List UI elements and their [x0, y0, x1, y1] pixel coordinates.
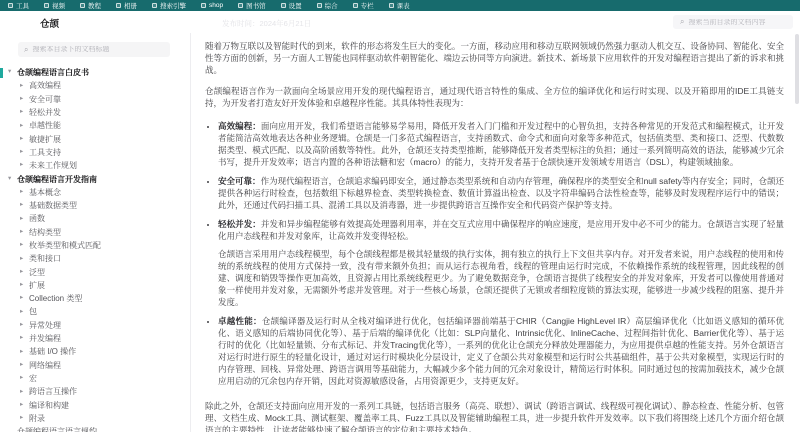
caret-right-icon: ▸: [20, 216, 29, 223]
bookmark-label: 视频: [52, 1, 65, 10]
feature-label: 轻松并发：: [218, 219, 261, 229]
feature-list: 高效编程：面向应用开发，我们希望语言能够易学易用，降低开发者入门门槛和开发过程中…: [205, 120, 784, 387]
bookmark-item[interactable]: 搜索引擎: [152, 1, 186, 10]
bookmark-item[interactable]: 工具: [8, 1, 29, 10]
nav-label: 异常处理: [29, 320, 61, 331]
sidebar-item[interactable]: ▸敏捷扩展: [0, 132, 190, 145]
feature-text: 并发和异步编程能够有效提高处理器利用率，并在交互式应用中确保程序的响应速度，是应…: [218, 219, 784, 241]
sidebar-nav: ▾仓颉编程语言白皮书 ▸高效编程 ▸安全可靠 ▸轻松并发 ▸卓越性能 ▸敏捷扩展…: [0, 66, 190, 432]
bookmark-item[interactable]: 图书馆: [238, 1, 266, 10]
feature-text: 仓颉编译器及运行时从全栈对编译进行优化，包括编译器前端基于CHIR（Cangji…: [218, 316, 784, 386]
nav-label: 敏捷扩展: [29, 134, 61, 145]
bookmark-item[interactable]: 课表: [389, 1, 410, 10]
scrollbar[interactable]: [795, 34, 799, 104]
caret-right-icon: ▸: [20, 415, 29, 422]
bookmark-label: 图书馆: [246, 1, 266, 10]
nav-label: 枚举类型和模式匹配: [29, 240, 101, 251]
bookmark-item[interactable]: 视频: [44, 1, 65, 10]
caret-right-icon: ▸: [20, 335, 29, 342]
sidebar-item[interactable]: ▸安全可靠: [0, 93, 190, 106]
feature-label: 高效编程：: [218, 121, 261, 131]
caret-right-icon: ▸: [20, 256, 29, 263]
bookmark-label: 课表: [397, 1, 410, 10]
sidebar-item[interactable]: ▸未来工作规划: [0, 159, 190, 172]
caret-right-icon: ▸: [20, 362, 29, 369]
closing-paragraph: 除此之外，仓颉还支持面向应用开发的一系列工具链，包括语言服务（高亮、联想）、调试…: [205, 400, 784, 432]
feature-label: 卓越性能：: [218, 316, 262, 326]
sidebar-item[interactable]: ▸基础数据类型: [0, 199, 190, 212]
sidebar-item[interactable]: ▸函数: [0, 212, 190, 225]
caret-right-icon: ▸: [20, 189, 29, 196]
caret-right-icon: ▸: [20, 242, 29, 249]
favicon-icon: [238, 3, 243, 8]
favicon-icon: [152, 3, 157, 8]
bookmark-item[interactable]: 综合: [317, 1, 338, 10]
caret-right-icon: ▸: [20, 282, 29, 289]
bookmark-label: 搜索引擎: [160, 1, 186, 10]
favicon-icon: [389, 3, 394, 8]
intro-paragraph: 随着万物互联以及智能时代的到来，软件的形态将发生巨大的变化。一方面，移动应用和移…: [205, 40, 784, 76]
nav-label: 结构类型: [29, 227, 61, 238]
caret-right-icon: ▸: [20, 309, 29, 316]
sidebar-item[interactable]: ▸泛型: [0, 265, 190, 278]
nav-label: 未来工作规划: [29, 160, 77, 171]
sidebar-item[interactable]: ▸卓越性能: [0, 119, 190, 132]
page-title: 仓颉: [40, 16, 59, 30]
app-window: 工具 视频 教程 相册 搜索引擎 shop 图书馆 设置 综合 专栏 课表 仓颉…: [0, 0, 800, 432]
feature-item-concurrency: 轻松并发：并发和异步编程能够有效提高处理器利用率，并在交互式应用中确保程序的响应…: [218, 218, 784, 308]
bookmark-label: 工具: [16, 1, 29, 10]
nav-label: 扩展: [29, 280, 45, 291]
sidebar-item[interactable]: ▸包: [0, 305, 190, 318]
bookmark-label: 设置: [289, 1, 302, 10]
nav-label: 包: [29, 306, 37, 317]
favicon-icon: [201, 3, 206, 8]
sidebar-search-input[interactable]: [32, 46, 164, 53]
nav-label: 基础 I/O 操作: [29, 346, 76, 357]
bookmark-item[interactable]: 相册: [116, 1, 137, 10]
favicon-icon: [116, 3, 121, 8]
sidebar: ⌕ ▾仓颉编程语言白皮书 ▸高效编程 ▸安全可靠 ▸轻松并发 ▸卓越性能 ▸敏捷…: [0, 33, 191, 432]
nav-label: 并发编程: [29, 333, 61, 344]
nav-label: 类和接口: [29, 253, 61, 264]
nav-label: 卓越性能: [29, 120, 61, 131]
nav-label: 仓颉编程语言白皮书: [17, 67, 89, 78]
caret-right-icon: ▸: [20, 229, 29, 236]
feature-item-performance: 卓越性能：仓颉编译器及运行时从全栈对编译进行优化，包括编译器前端基于CHIR（C…: [218, 315, 784, 387]
nav-label: 仓颉编程语言开发指南: [17, 174, 97, 185]
nav-label: 函数: [29, 213, 45, 224]
overview-paragraph: 仓颉编程语言作为一款面向全场景应用开发的现代编程语言，通过现代语言特性的集成、全…: [205, 85, 784, 109]
caret-right-icon: ▸: [20, 375, 29, 382]
nav-label: 高效编程: [29, 80, 61, 91]
caret-right-icon: ▸: [20, 402, 29, 409]
caret-right-icon: ▸: [20, 83, 29, 90]
doc-content-search[interactable]: ⌕: [673, 15, 793, 29]
doc-content-search-input[interactable]: [688, 19, 786, 26]
nav-label: 仓颉编程语言语言规约: [17, 426, 97, 432]
sidebar-item[interactable]: ▸轻松并发: [0, 106, 190, 119]
main-content: 随着万物互联以及智能时代的到来，软件的形态将发生巨大的变化。一方面，移动应用和移…: [191, 33, 800, 432]
bookmark-label: 相册: [124, 1, 137, 10]
bookmark-item[interactable]: 设置: [281, 1, 302, 10]
caret-down-icon: ▾: [8, 176, 17, 183]
sidebar-section-devguide[interactable]: ▾仓颉编程语言开发指南: [0, 172, 190, 185]
sidebar-item[interactable]: ▸附录: [0, 412, 190, 425]
bookmark-label: 综合: [325, 1, 338, 10]
favicon-icon: [8, 3, 13, 8]
caret-right-icon: ▸: [20, 269, 29, 276]
sidebar-item[interactable]: ▸结构类型: [0, 226, 190, 239]
caret-right-icon: ▸: [20, 202, 29, 209]
caret-right-icon: ▸: [20, 389, 29, 396]
bookmark-label: shop: [209, 2, 223, 9]
nav-label: 编译和构建: [29, 400, 69, 411]
sidebar-item[interactable]: ▸并发编程: [0, 332, 190, 345]
caret-right-icon: ▸: [20, 349, 29, 356]
nav-label: 工具支持: [29, 147, 61, 158]
bookmark-item[interactable]: shop: [201, 2, 223, 9]
nav-label: 轻松并发: [29, 107, 61, 118]
caret-right-icon: ▸: [20, 123, 29, 130]
search-icon: ⌕: [680, 18, 684, 26]
sidebar-item[interactable]: ▸网络编程: [0, 359, 190, 372]
sidebar-section-whitepaper[interactable]: ▾仓颉编程语言白皮书: [0, 66, 190, 79]
sidebar-item[interactable]: ▸枚举类型和模式匹配: [0, 239, 190, 252]
feature-item-safe: 安全可靠：作为现代编程语言，仓颉追求编码即安全，通过静态类型系统和自动内存管理，…: [218, 175, 784, 211]
nav-label: 安全可靠: [29, 94, 61, 105]
caret-right-icon: ▸: [20, 295, 29, 302]
caret-right-icon: ▸: [20, 96, 29, 103]
nav-label: 跨语言互操作: [29, 386, 77, 397]
caret-right-icon: ▸: [20, 162, 29, 169]
sidebar-item[interactable]: ▸跨语言互操作: [0, 385, 190, 398]
feature-text: 作为现代编程语言，仓颉追求编码即安全，通过静态类型系统和自动内存管理，确保程序的…: [218, 176, 784, 210]
sidebar-search[interactable]: ⌕: [18, 42, 170, 57]
bookmark-label: 教程: [88, 1, 101, 10]
nav-label: 泛型: [29, 267, 45, 278]
feature-subtext: 仓颉语言采用用户态线程模型，每个仓颉线程都是极其轻量级的执行实体，拥有独立的执行…: [218, 248, 784, 308]
favicon-icon: [44, 3, 49, 8]
sidebar-item[interactable]: ▸Collection 类型: [0, 292, 190, 305]
favicon-icon: [281, 3, 286, 8]
caret-right-icon: ▸: [20, 136, 29, 143]
sidebar-section-spec[interactable]: 仓颉编程语言语言规约: [0, 425, 190, 432]
caret-down-icon: ▾: [8, 69, 17, 76]
nav-label: 基础数据类型: [29, 200, 77, 211]
caret-right-icon: ▸: [20, 109, 29, 116]
nav-label: Collection 类型: [29, 293, 82, 304]
sidebar-item[interactable]: ▸工具支持: [0, 146, 190, 159]
caret-right-icon: ▸: [20, 149, 29, 156]
sidebar-item[interactable]: ▸异常处理: [0, 319, 190, 332]
publish-date: 发布时间：2024年6月21日: [222, 18, 311, 29]
bookmark-item[interactable]: 教程: [80, 1, 101, 10]
bookmark-label: 专栏: [361, 1, 374, 10]
search-icon: ⌕: [24, 46, 28, 54]
nav-label: 附录: [29, 413, 45, 424]
nav-label: 网络编程: [29, 360, 61, 371]
sidebar-item[interactable]: ▸宏: [0, 372, 190, 385]
favicon-icon: [80, 3, 85, 8]
sidebar-item[interactable]: ▸高效编程: [0, 79, 190, 92]
sidebar-item[interactable]: ▸基本概念: [0, 186, 190, 199]
favicon-icon: [317, 3, 322, 8]
sidebar-item[interactable]: ▸基础 I/O 操作: [0, 345, 190, 358]
feature-label: 安全可靠：: [218, 176, 261, 186]
sidebar-item[interactable]: ▸编译和构建: [0, 398, 190, 411]
caret-right-icon: ▸: [20, 322, 29, 329]
feature-item-efficient: 高效编程：面向应用开发，我们希望语言能够易学易用，降低开发者入门门槛和开发过程中…: [218, 120, 784, 168]
favicon-icon: [353, 3, 358, 8]
bookmark-item[interactable]: 专栏: [353, 1, 374, 10]
nav-label: 宏: [29, 373, 37, 384]
nav-label: 基本概念: [29, 187, 61, 198]
sidebar-item[interactable]: ▸扩展: [0, 279, 190, 292]
page-header: 仓颉 发布时间：2024年6月21日 ⌕: [0, 11, 800, 33]
bookmarks-bar: 工具 视频 教程 相册 搜索引擎 shop 图书馆 设置 综合 专栏 课表: [0, 0, 800, 11]
feature-text: 面向应用开发，我们希望语言能够易学易用，降低开发者入门门槛和开发过程中的心智负担…: [218, 121, 784, 167]
sidebar-item[interactable]: ▸类和接口: [0, 252, 190, 265]
